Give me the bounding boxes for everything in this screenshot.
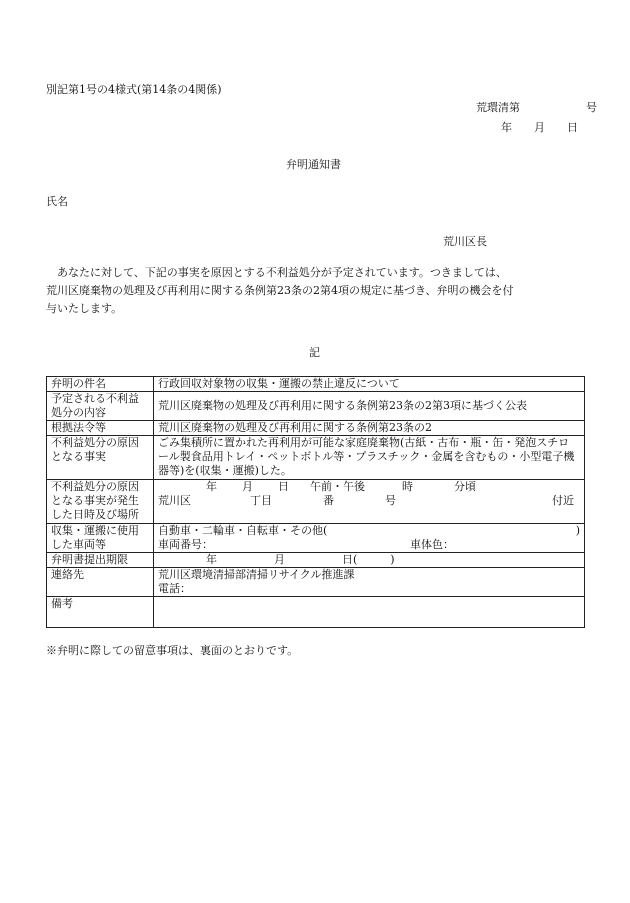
vehicle-type-line: 自動車・二輪車・自転車・その他( ) bbox=[158, 524, 580, 538]
body-line-2: 荒川区廃棄物の処理及び再利用に関する条例第23条の2第4項の規定に基づき、弁明の… bbox=[46, 282, 586, 300]
row-label: 弁明の件名 bbox=[47, 377, 154, 392]
vehicle-color-label: 車体色： bbox=[410, 538, 454, 551]
hour-field: 時 bbox=[402, 480, 413, 493]
deadline-day: 日( bbox=[342, 553, 357, 566]
day-field: 日 bbox=[278, 480, 289, 493]
vicinity-field: 付近 bbox=[552, 494, 580, 508]
row-label: 弁明書提出期限 bbox=[47, 553, 154, 568]
location-line: 荒川区 丁目 番 号 付近 bbox=[158, 494, 580, 508]
row-label: 不利益処分の原因となる事実が発生した日時及び場所 bbox=[47, 480, 154, 524]
date-day: 日 bbox=[567, 121, 578, 134]
table-row: 収集・運搬に使用した車両等 自動車・二輪車・自転車・その他( ) 車両番号： 車… bbox=[47, 524, 585, 553]
row-value: 荒川区廃棄物の処理及び再利用に関する条例第23条の2 bbox=[154, 421, 585, 436]
body-line-3: 与いたします。 bbox=[46, 300, 586, 318]
vehicle-id-line: 車両番号： 車体色： bbox=[158, 538, 580, 552]
ban-field: 番 bbox=[323, 494, 334, 507]
date-year: 年 bbox=[501, 121, 512, 134]
date-month: 月 bbox=[534, 121, 545, 134]
datetime-line: 年 月 日 午前・午後 時 分頃 bbox=[158, 480, 580, 494]
document-number: 荒環清第号 bbox=[476, 99, 597, 115]
document-title: 弁明通知書 bbox=[286, 156, 341, 172]
vehicle-type-close: ) bbox=[576, 524, 580, 538]
row-value: 荒川区環境清掃部清掃リサイクル推進課 電話： bbox=[154, 568, 585, 597]
table-row: 不利益処分の原因となる事実が発生した日時及び場所 年 月 日 午前・午後 時 分… bbox=[47, 480, 585, 524]
go-field: 号 bbox=[385, 494, 396, 507]
table-row: 予定される不利益処分の内容 荒川区廃棄物の処理及び再利用に関する条例第23条の2… bbox=[47, 392, 585, 421]
row-label: 連絡先 bbox=[47, 568, 154, 597]
vehicle-number-label: 車両番号： bbox=[158, 538, 213, 551]
recipient-name-label: 氏名 bbox=[46, 193, 68, 209]
ward-field: 荒川区 bbox=[158, 494, 191, 507]
table-row: 連絡先 荒川区環境清掃部清掃リサイクル推進課 電話： bbox=[47, 568, 585, 597]
month-field: 月 bbox=[242, 480, 253, 493]
deadline-weekday-close: ) bbox=[390, 553, 394, 566]
location-parts: 荒川区 丁目 番 号 bbox=[158, 494, 396, 508]
row-value: 年 月 日 午前・午後 時 分頃 荒川区 丁目 番 bbox=[154, 480, 585, 524]
vehicle-type-options: 自動車・二輪車・自転車・その他( bbox=[158, 524, 327, 538]
row-label: 不利益処分の原因となる事実 bbox=[47, 436, 154, 480]
sender-name: 荒川区長 bbox=[443, 233, 487, 249]
table-row: 弁明書提出期限 年 月 日( ) bbox=[47, 553, 585, 568]
row-label: 収集・運搬に使用した車両等 bbox=[47, 524, 154, 553]
table-row: 根拠法令等 荒川区廃棄物の処理及び再利用に関する条例第23条の2 bbox=[47, 421, 585, 436]
chome-field: 丁目 bbox=[250, 494, 272, 507]
row-value: 自動車・二輪車・自転車・その他( ) 車両番号： 車体色： bbox=[154, 524, 585, 553]
row-value bbox=[154, 597, 585, 628]
am-pm-field: 午前・午後 bbox=[310, 480, 365, 493]
contact-phone: 電話： bbox=[158, 582, 580, 596]
year-field: 年 bbox=[206, 480, 217, 493]
ki-heading: 記 bbox=[309, 344, 320, 360]
row-value: 年 月 日( ) bbox=[154, 553, 585, 568]
row-value: ごみ集積所に置かれた再利用が可能な家庭廃棄物(古紙・古布・瓶・缶・発泡スチロール… bbox=[154, 436, 585, 480]
deadline-year: 年 bbox=[206, 553, 217, 566]
row-label: 根拠法令等 bbox=[47, 421, 154, 436]
row-label: 予定される不利益処分の内容 bbox=[47, 392, 154, 421]
row-value: 行政回収対象物の収集・運搬の禁止違反について bbox=[154, 377, 585, 392]
footnote: ※弁明に際しての留意事項は、裏面のとおりです。 bbox=[46, 642, 298, 658]
doc-number-suffix: 号 bbox=[586, 101, 597, 114]
table-row: 弁明の件名 行政回収対象物の収集・運搬の禁止違反について bbox=[47, 377, 585, 392]
table-row: 備考 bbox=[47, 597, 585, 628]
minute-field: 分頃 bbox=[454, 480, 476, 493]
row-value: 荒川区廃棄物の処理及び再利用に関する条例第23条の2第3項に基づく公表 bbox=[154, 392, 585, 421]
document-date: 年月日 bbox=[501, 119, 578, 135]
row-label: 備考 bbox=[47, 597, 154, 628]
contact-dept: 荒川区環境清掃部清掃リサイクル推進課 bbox=[158, 568, 580, 582]
doc-number-prefix: 荒環清第 bbox=[476, 101, 520, 114]
table-row: 不利益処分の原因となる事実 ごみ集積所に置かれた再利用が可能な家庭廃棄物(古紙・… bbox=[47, 436, 585, 480]
body-line-1: あなたに対して、下記の事実を原因とする不利益処分が予定されています。つきましては… bbox=[46, 264, 586, 282]
notice-details-table: 弁明の件名 行政回収対象物の収集・運搬の禁止違反について 予定される不利益処分の… bbox=[46, 376, 585, 628]
body-paragraph: あなたに対して、下記の事実を原因とする不利益処分が予定されています。つきましては… bbox=[46, 264, 586, 318]
deadline-month: 月 bbox=[274, 553, 285, 566]
form-identifier: 別記第1号の4様式(第14条の4関係) bbox=[46, 81, 222, 97]
